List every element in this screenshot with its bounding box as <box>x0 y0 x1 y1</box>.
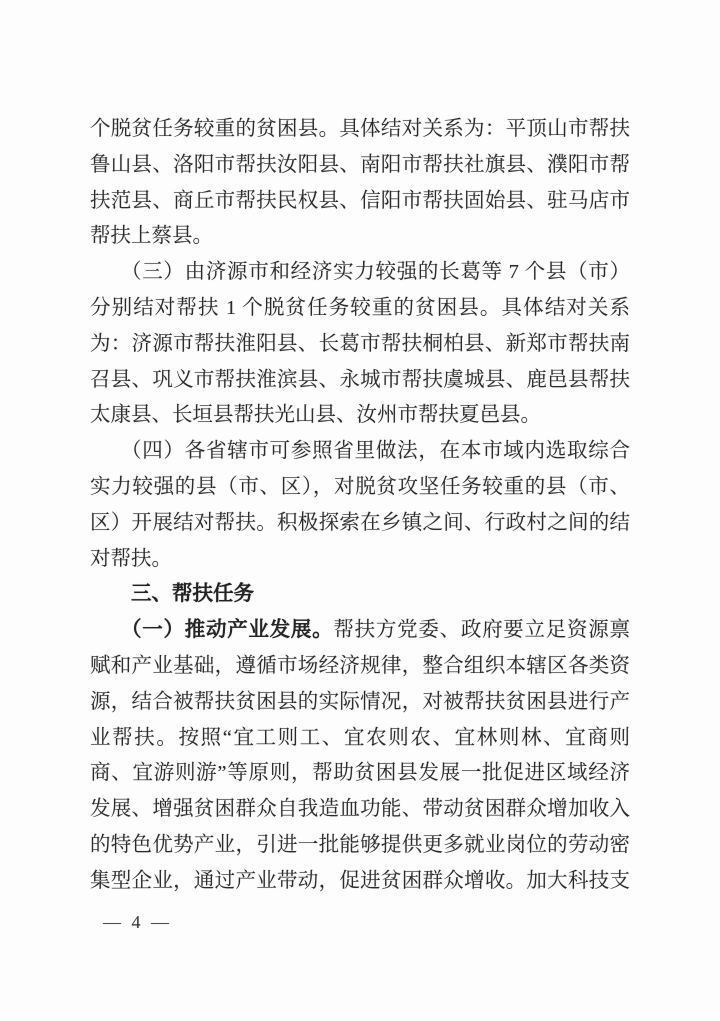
text-line: 集型企业，通过产业带动，促进贫困群众增收。加大科技支 <box>90 864 630 900</box>
text-line: 赋和产业基础，遵循市场经济规律，整合组织本辖区各类资 <box>90 649 630 685</box>
text-line: 源，结合被帮扶贫困县的实际情况，对被帮扶贫困县进行产 <box>90 685 630 721</box>
heading-section-3: 三、帮扶任务 <box>90 577 630 613</box>
para-pairing-cities: 个脱贫任务较重的贫困县。具体结对关系为：平顶山市帮扶鲁山县、洛阳市帮扶汝阳县、南… <box>90 112 630 255</box>
section-heading-line: 三、帮扶任务 <box>90 577 630 613</box>
para-item-3: （三）由济源市和经济实力较强的长葛等 7 个县（市）分别结对帮扶 1 个脱贫任务… <box>90 255 630 434</box>
text-line: 发展、增强贫困群众自我造血功能、带动贫困群众增加收入 <box>90 792 630 828</box>
text-segment: 帮扶方党委、政府要立足资源禀 <box>333 619 630 641</box>
text-line: （三）由济源市和经济实力较强的长葛等 7 个县（市） <box>90 255 630 291</box>
text-line: 分别结对帮扶 1 个脱贫任务较重的贫困县。具体结对关系 <box>90 291 630 327</box>
text-line: （四）各省辖市可参照省里做法，在本市域内选取综合 <box>90 434 630 470</box>
text-line: 实力较强的县（市、区），对脱贫攻坚任务较重的县（市、 <box>90 470 630 506</box>
text-line: 商、宜游则游”等原则，帮助贫困县发展一批促进区域经济 <box>90 756 630 792</box>
text-line: 扶范县、商丘市帮扶民权县、信阳市帮扶固始县、驻马店市 <box>90 184 630 220</box>
page-number: — 4 — <box>103 908 172 936</box>
text-line: 对帮扶。 <box>90 542 630 578</box>
text-line: 的特色优势产业，引进一批能够提供更多就业岗位的劳动密 <box>90 828 630 864</box>
text-line: 鲁山县、洛阳市帮扶汝阳县、南阳市帮扶社旗县、濮阳市帮 <box>90 148 630 184</box>
text-line: 太康县、长垣县帮扶光山县、汝州市帮扶夏邑县。 <box>90 398 630 434</box>
text-line: 区）开展结对帮扶。积极探索在乡镇之间、行政村之间的结 <box>90 506 630 542</box>
paragraph-lead: （一）推动产业发展。 <box>121 619 333 641</box>
text-line: 为：济源市帮扶淮阳县、长葛市帮扶桐柏县、新郑市帮扶南 <box>90 327 630 363</box>
text-block: 个脱贫任务较重的贫困县。具体结对关系为：平顶山市帮扶鲁山县、洛阳市帮扶汝阳县、南… <box>90 112 630 900</box>
text-line: 召县、巩义市帮扶淮滨县、永城市帮扶虞城县、鹿邑县帮扶 <box>90 363 630 399</box>
para-task-industry: （一）推动产业发展。帮扶方党委、政府要立足资源禀赋和产业基础，遵循市场经济规律，… <box>90 613 630 899</box>
text-line: （一）推动产业发展。帮扶方党委、政府要立足资源禀 <box>90 613 630 649</box>
para-item-4: （四）各省辖市可参照省里做法，在本市域内选取综合实力较强的县（市、区），对脱贫攻… <box>90 434 630 577</box>
text-line: 帮扶上蔡县。 <box>90 219 630 255</box>
document-page: 个脱贫任务较重的贫困县。具体结对关系为：平顶山市帮扶鲁山县、洛阳市帮扶汝阳县、南… <box>0 0 720 1021</box>
text-line: 个脱贫任务较重的贫困县。具体结对关系为：平顶山市帮扶 <box>90 112 630 148</box>
text-line: 业帮扶。按照“宜工则工、宜农则农、宜林则林、宜商则 <box>90 721 630 757</box>
